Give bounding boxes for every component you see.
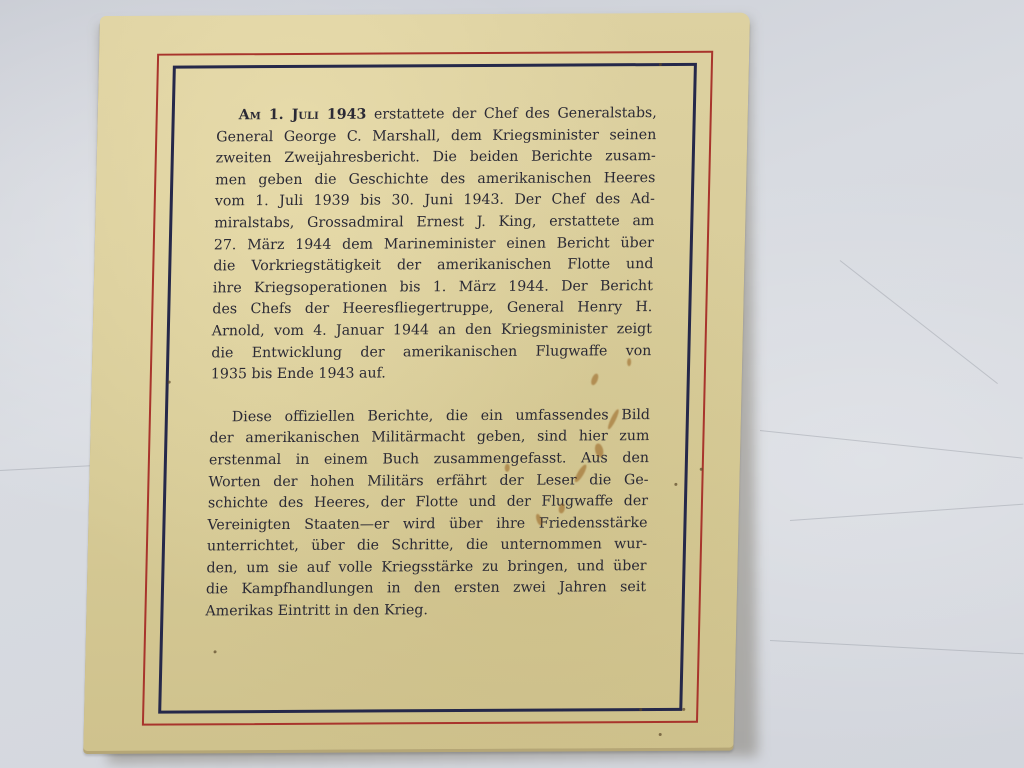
text-line: 1935 bis Ende 1943 auf.: [211, 362, 652, 386]
table-scratch: [790, 504, 1023, 521]
lead-in: Am 1. Juli 1943: [239, 107, 367, 124]
text-line: Amerikas Eintritt in den Krieg.: [205, 599, 646, 623]
table-scratch: [0, 465, 100, 471]
table-scratch: [840, 260, 998, 384]
inner-blue-border: Am 1. Juli 1943 erstattete der Chef des …: [158, 63, 697, 714]
text-line: unterrichtet, über die Schritte, die unt…: [207, 534, 648, 558]
text-line: General George C. Marshall, dem Kriegsmi…: [216, 125, 657, 149]
page-text: Am 1. Juli 1943 erstattete der Chef des …: [205, 103, 657, 623]
table-scratch: [770, 640, 1024, 654]
book-page: Am 1. Juli 1943 erstattete der Chef des …: [83, 13, 750, 751]
text-line: den, um sie auf volle Kriegsstärke zu br…: [206, 556, 647, 580]
text-line: die Kampfhandlungen in den ersten zwei J…: [206, 578, 647, 602]
text-line: die Entwicklung der amerikanischen Flugw…: [211, 341, 652, 365]
text-line: Arnold, vom 4. Januar 1944 an den Kriegs…: [212, 319, 653, 343]
text-line: schichte des Heeres, der Flotte und der …: [208, 491, 649, 515]
paper-speck: [659, 733, 662, 736]
text-line: men geben die Geschichte des amerikanisc…: [215, 168, 656, 192]
paragraph-2: Diese offiziellen Berichte, die ein umfa…: [205, 405, 650, 623]
text-line: Vereinigten Staaten—er wird über ihre Fr…: [207, 513, 648, 537]
text-line: 27. März 1944 dem Marineminister einen B…: [214, 233, 655, 257]
text-line: zweiten Zweijahresbericht. Die beiden Be…: [216, 146, 657, 170]
text-line: der amerikanischen Militärmacht geben, s…: [209, 426, 650, 450]
text-line: Diese offiziellen Berichte, die ein umfa…: [210, 405, 651, 429]
text-line: die Vorkriegstätigkeit der amerikanische…: [213, 254, 654, 278]
table-scratch: [760, 430, 1023, 459]
outer-red-border: Am 1. Juli 1943 erstattete der Chef des …: [142, 51, 713, 726]
text-line: vom 1. Juli 1939 bis 30. Juni 1943. Der …: [215, 189, 656, 213]
text-line: des Chefs der Heeresfliegertruppe, Gener…: [212, 297, 653, 321]
text-line: ihre Kriegsoperationen bis 1. März 1944.…: [213, 276, 654, 300]
paragraph-1: Am 1. Juli 1943 erstattete der Chef des …: [211, 103, 657, 386]
text-line: miralstabs, Grossadmiral Ernest J. King,…: [214, 211, 655, 235]
text-line: Am 1. Juli 1943 erstattete der Chef des …: [216, 103, 657, 127]
